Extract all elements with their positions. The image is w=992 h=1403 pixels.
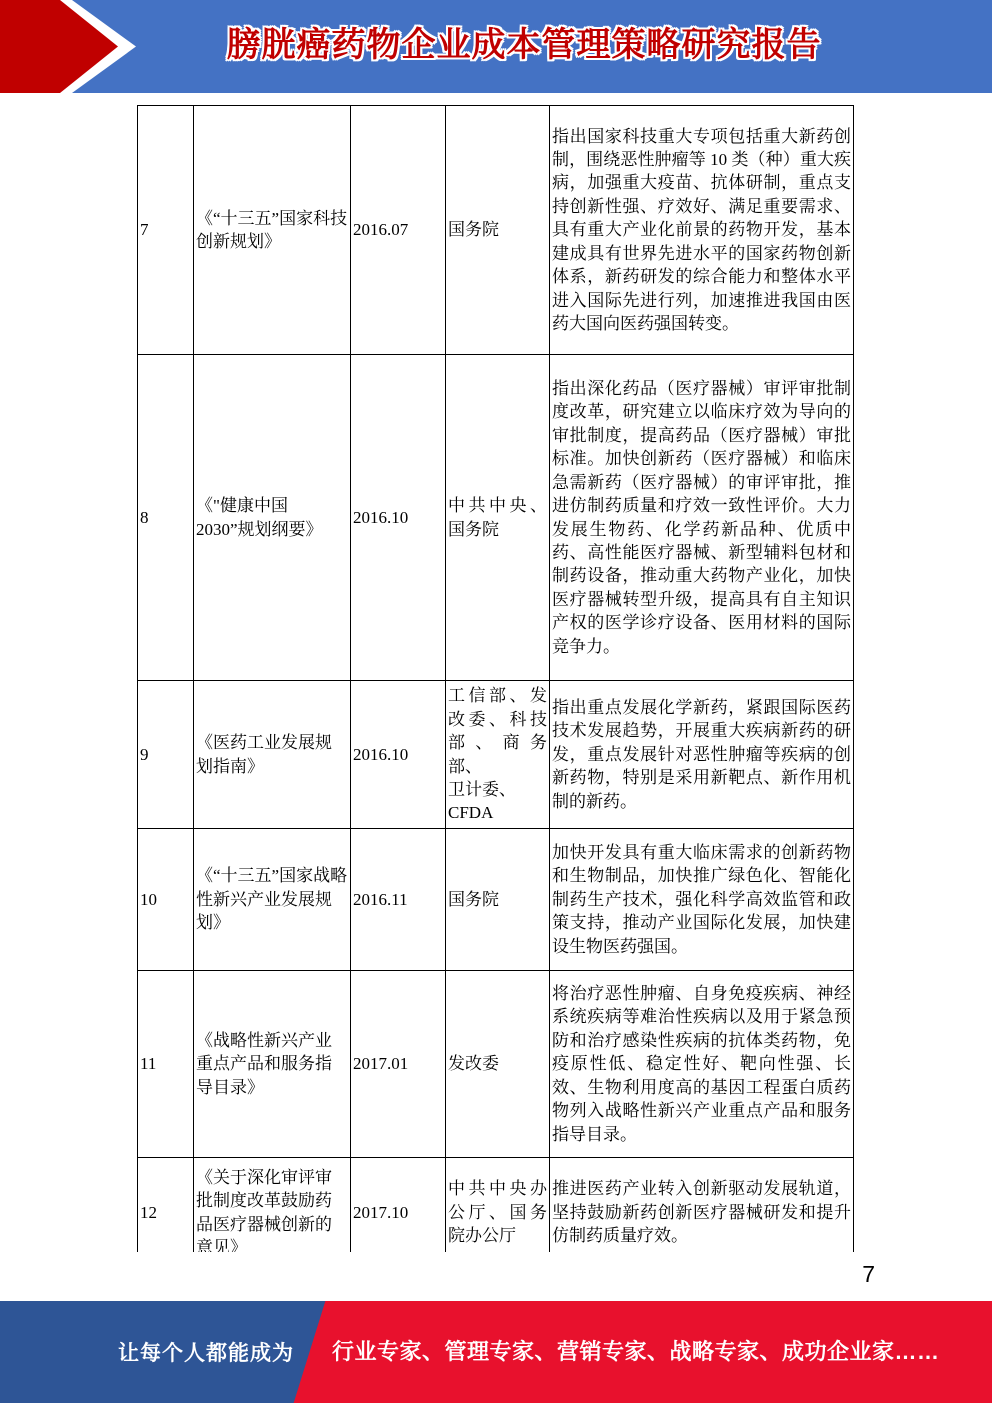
policy-description: 推进医药产业转入创新驱动发展轨道，坚持鼓励新药创新医疗器械研发和提升仿制药质量疗… [550,1158,854,1253]
policy-table: 7 《“十三五”国家科技创新规划》 2016.07 国务院 指出国家科技重大专项… [137,105,854,1252]
policy-name: 《医药工业发展规划指南》 [194,681,351,829]
footer-banner: 让每个人都能成为 行业专家、管理专家、营销专家、战略专家、成功企业家…… [0,1301,992,1403]
table-row: 7 《“十三五”国家科技创新规划》 2016.07 国务院 指出国家科技重大专项… [138,106,854,355]
policy-agency: 中共中央、国务院 [446,355,550,681]
policy-description: 指出国家科技重大专项包括重大新药创制，围绕恶性肿瘤等 10 类（种）重大疾病，加… [550,106,854,355]
policy-index: 11 [138,971,194,1158]
policy-index: 12 [138,1158,194,1253]
table-row: 8 《"健康中国 2030”规划纲要》 2016.10 中共中央、国务院 指出深… [138,355,854,681]
policy-index: 8 [138,355,194,681]
policy-date: 2017.10 [351,1158,446,1253]
policy-name: 《“十三五”国家科技创新规划》 [194,106,351,355]
policy-date: 2016.10 [351,681,446,829]
policy-name: 《"健康中国 2030”规划纲要》 [194,355,351,681]
policy-name: 《战略性新兴产业重点产品和服务指导目录》 [194,971,351,1158]
policy-date: 2016.07 [351,106,446,355]
policy-agency: 发改委 [446,971,550,1158]
table-container: 7 《“十三五”国家科技创新规划》 2016.07 国务院 指出国家科技重大专项… [137,105,855,1252]
policy-agency: 工信部、发改委、科技部、商务部、 卫计委、 CFDA [446,681,550,829]
policy-agency: 国务院 [446,106,550,355]
policy-index: 10 [138,829,194,971]
table-row: 12 《关于深化审评审批制度改革鼓励药品医疗器械创新的意见》 2017.10 中… [138,1158,854,1253]
table-row: 9 《医药工业发展规划指南》 2016.10 工信部、发改委、科技部、商务部、 … [138,681,854,829]
policy-description: 指出深化药品（医疗器械）审评审批制度改革，研究建立以临床疗效为导向的审批制度，提… [550,355,854,681]
page-number: 7 [0,1261,875,1288]
policy-name: 《关于深化审评审批制度改革鼓励药品医疗器械创新的意见》 [194,1158,351,1253]
table-row: 11 《战略性新兴产业重点产品和服务指导目录》 2017.01 发改委 将治疗恶… [138,971,854,1158]
policy-index: 7 [138,106,194,355]
header-banner: 膀胱癌药物企业成本管理策略研究报告 [0,0,992,93]
policy-agency: 中共中央办公厅、国务院办公厅 [446,1158,550,1253]
report-title: 膀胱癌药物企业成本管理策略研究报告 [0,0,992,93]
policy-agency: 国务院 [446,829,550,971]
policy-index: 9 [138,681,194,829]
footer-slogan-left: 让每个人都能成为 [118,1337,294,1367]
policy-date: 2017.01 [351,971,446,1158]
policy-description: 加快开发具有重大临床需求的创新药物和生物制品，加快推广绿色化、智能化制药生产技术… [550,829,854,971]
policy-date: 2016.10 [351,355,446,681]
footer-slogan-right: 行业专家、管理专家、营销专家、战略专家、成功企业家…… [332,1335,940,1366]
policy-description: 指出重点发展化学新药，紧跟国际医药技术发展趋势，开展重大疾病新药的研发，重点发展… [550,681,854,829]
policy-description: 将治疗恶性肿瘤、自身免疫疾病、神经系统疾病等难治性疾病以及用于紧急预防和治疗感染… [550,971,854,1158]
policy-date: 2016.11 [351,829,446,971]
table-row: 10 《“十三五”国家战略性新兴产业发展规划》 2016.11 国务院 加快开发… [138,829,854,971]
policy-name: 《“十三五”国家战略性新兴产业发展规划》 [194,829,351,971]
